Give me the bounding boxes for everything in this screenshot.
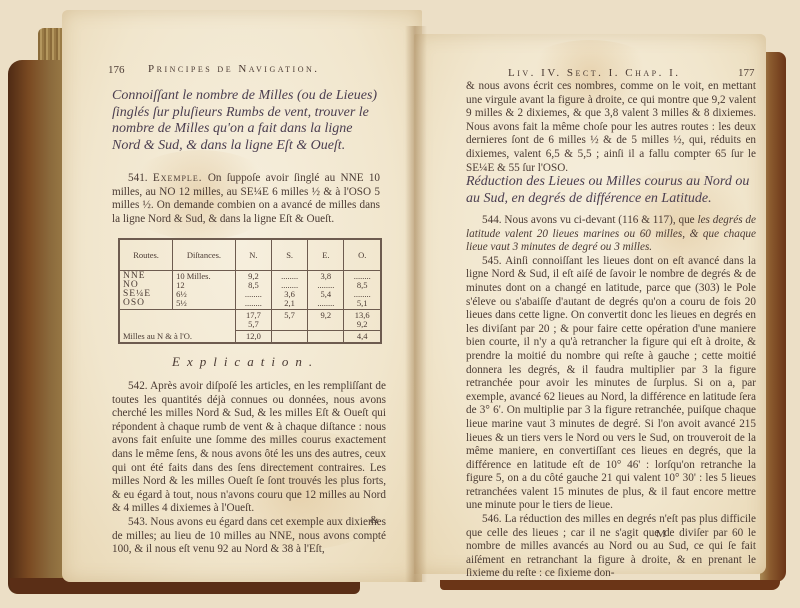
header-e: E. — [308, 239, 344, 271]
section-heading-left: Connoiſſant le nombre de Milles (ou de L… — [112, 88, 384, 154]
result-o: 4,4 — [344, 331, 381, 344]
result-s — [272, 331, 308, 344]
running-head-left: Principes de Navigation. — [148, 63, 320, 75]
example-number: 541. — [128, 172, 148, 184]
navigation-table: Routes. Diſtances. N. S. E. O. NNE NO SE… — [118, 238, 382, 344]
header-o: O. — [344, 239, 381, 271]
paragraph-544-lead: 544. Nous avons vu ci-devant (116 & 117)… — [482, 214, 697, 226]
total-e: 9,2 — [308, 310, 344, 331]
section-heading-right: Réduction des Lieues ou Milles courus au… — [466, 174, 756, 207]
result-e — [308, 331, 344, 344]
left-body: 542. Après avoir diſpoſé les articles, e… — [112, 380, 386, 557]
s-cell: 2,1 — [275, 299, 304, 308]
running-head-right: Liv. IV. Sect. I. Chap. I. — [508, 67, 681, 79]
paragraph-542: 542. Après avoir diſpoſé les articles, e… — [112, 380, 386, 516]
total-s: 5,7 — [272, 310, 308, 331]
page-number-left: 176 — [108, 64, 125, 76]
page-number-right: 177 — [738, 67, 755, 79]
open-book: 176 Principes de Navigation. Connoiſſant… — [0, 0, 800, 608]
explication-title: Explication. — [172, 354, 319, 370]
header-distances: Diſtances. — [173, 239, 236, 271]
distances-column: 10 Milles. 12 6½ 5½ — [173, 271, 236, 310]
table-body-row: NNE NO SE¼E OSO 10 Milles. 12 6½ 5½ 9,2 … — [119, 271, 381, 310]
book-cover-bottom-right — [440, 580, 780, 590]
distance-cell: 5½ — [176, 299, 232, 308]
n-column: 9,2 8,5 ........ ........ — [235, 271, 271, 310]
right-body: 544. Nous avons vu ci-devant (116 & 117)… — [466, 214, 756, 581]
example-541: 541. Exemple. On ſuppoſe avoir ſinglé au… — [112, 172, 380, 226]
table-header-row: Routes. Diſtances. N. S. E. O. — [119, 239, 381, 271]
total-n-value: 5,7 — [239, 320, 268, 329]
n-cell: ........ — [239, 299, 268, 308]
paragraph-543: 543. Nous avons eu égard dans cet exempl… — [112, 516, 386, 557]
header-n: N. — [235, 239, 271, 271]
intro-paragraph: & nous avons écrit ces nombres, comme on… — [466, 80, 756, 175]
header-routes: Routes. — [119, 239, 173, 271]
o-cell: 5,1 — [347, 299, 377, 308]
e-cell: ........ — [311, 299, 340, 308]
s-column: ........ ........ 3,6 2,1 — [272, 271, 308, 310]
result-label: Milles au N & à l'O. — [119, 310, 235, 344]
routes-column: NNE NO SE¼E OSO — [119, 271, 173, 310]
paragraph-545: 545. Ainſi connoiſſant les lieues dont o… — [466, 255, 756, 513]
signature-mark: M — [656, 528, 666, 540]
header-s: S. — [272, 239, 308, 271]
e-column: 3,8 ........ 5,4 ........ — [308, 271, 344, 310]
result-n: 12,0 — [235, 331, 271, 344]
total-n: 17,7 5,7 — [235, 310, 271, 331]
catchword: & — [370, 514, 379, 526]
book-gutter — [405, 26, 427, 582]
example-label: Exemple. — [153, 172, 203, 184]
paragraph-544: 544. Nous avons vu ci-devant (116 & 117)… — [466, 214, 756, 255]
total-o: 13,6 9,2 — [344, 310, 381, 331]
table-totals-row: Milles au N & à l'O. 17,7 5,7 5,7 9,2 13… — [119, 310, 381, 331]
total-o-value: 9,2 — [347, 320, 377, 329]
paragraph-546: 546. La réduction des milles en degrés n… — [466, 513, 756, 581]
route-cell: OSO — [123, 299, 169, 308]
right-intro: & nous avons écrit ces nombres, comme on… — [466, 80, 756, 175]
o-column: ........ 8,5 ........ 5,1 — [344, 271, 381, 310]
